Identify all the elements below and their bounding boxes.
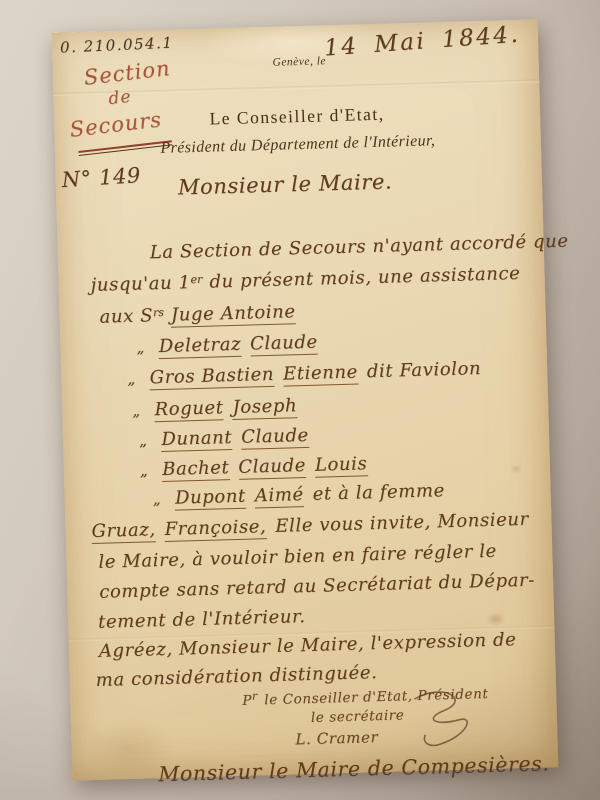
dateline-date: 14 Mai 1844. (323, 22, 521, 62)
name-dupont-first: Aimé (255, 484, 305, 508)
body-line-6: „RoguetJoseph (132, 395, 307, 421)
ditto-mark: „ (140, 461, 149, 479)
letter-paper: 0. 210.054.1 Section de Secours Genève, … (52, 19, 559, 780)
ref-number: N° 149 (61, 163, 142, 192)
alias-faviolon: dit Faviolon (367, 358, 482, 382)
name-bachet: Bachet (162, 457, 230, 482)
salutation: Monsieur le Maire. (178, 169, 393, 199)
body-line-13: tement de l'Intérieur. (98, 606, 306, 633)
name-bachet-last: Louis (315, 453, 368, 477)
ordinal-superscript: er (190, 273, 202, 286)
body-line-9: „DupontAiméet à la femme (152, 480, 445, 509)
body-line-1: La Section de Secours n'ayant accordé qu… (150, 231, 569, 264)
name-dunant: Dunant (161, 427, 232, 452)
signature-flourish (400, 687, 482, 755)
body-line-3-prefix: aux S (99, 305, 153, 327)
name-gros-bastien: Gros Bastien (149, 364, 274, 390)
name-gruaz: Gruaz, (91, 519, 156, 544)
body-line-2-rest: du présent mois, une assistance (209, 263, 521, 293)
name-roguet-first: Joseph (232, 395, 297, 420)
pr-superscript: r (252, 689, 258, 702)
address-line: Monsieur le Maire de Compesières. (158, 751, 550, 786)
stamp-line-1: Section (83, 56, 172, 90)
archive-number: 0. 210.054.1 (60, 34, 174, 57)
ditto-mark: „ (127, 370, 136, 388)
body-line-10-rest: Elle vous invite, Monsieur (275, 509, 529, 537)
body-line-9-rest: et à la femme (312, 480, 445, 505)
name-bachet-middle: Claude (238, 455, 306, 480)
signature-p: P (242, 693, 252, 709)
body-line-8: „BachetClaudeLouis (140, 453, 377, 481)
body-line-5: „Gros BastienEtiennedit Faviolon (127, 358, 481, 389)
letter-photograph: 0. 210.054.1 Section de Secours Genève, … (0, 0, 600, 800)
body-line-2-text: jusqu'au 1 (90, 272, 191, 296)
dateline-printed: Genève, le (272, 55, 326, 68)
name-deletraz-first: Claude (250, 332, 318, 357)
body-line-12: compte sans retard au Secrétariat du Dép… (99, 570, 535, 603)
name-francoise: Françoise, (164, 516, 266, 542)
signature-name: L. Cramer (295, 728, 378, 748)
body-line-10: Gruaz,Françoise,Elle vous invite, Monsie… (91, 509, 529, 542)
ditto-mark: „ (132, 402, 141, 420)
sieurs-superscript: rs (153, 306, 164, 319)
name-etienne: Etienne (283, 362, 358, 387)
signature-line-2: le secrétaire (311, 707, 405, 726)
body-line-7: „DunantClaude (139, 425, 318, 451)
body-line-3: aux SrsJuge Antoine (99, 301, 305, 328)
ditto-mark: „ (136, 338, 145, 356)
name-dunant-first: Claude (241, 425, 309, 450)
name-juge-antoine: Juge Antoine (171, 301, 296, 327)
body-line-4: „DeletrazClaude (136, 331, 327, 357)
ditto-mark: „ (152, 490, 161, 508)
name-deletraz: Deletraz (159, 334, 242, 359)
body-line-11: le Maire, à vouloir bien en faire régler… (98, 541, 497, 573)
stamp-line-2: de (107, 87, 132, 110)
body-line-14: Agréez, Monsieur le Maire, l'expression … (99, 629, 517, 662)
name-dupont: Dupont (175, 486, 246, 511)
body-line-2: jusqu'au 1erdu présent mois, une assista… (90, 263, 520, 296)
name-roguet: Roguet (154, 397, 224, 422)
ditto-mark: „ (139, 431, 148, 449)
